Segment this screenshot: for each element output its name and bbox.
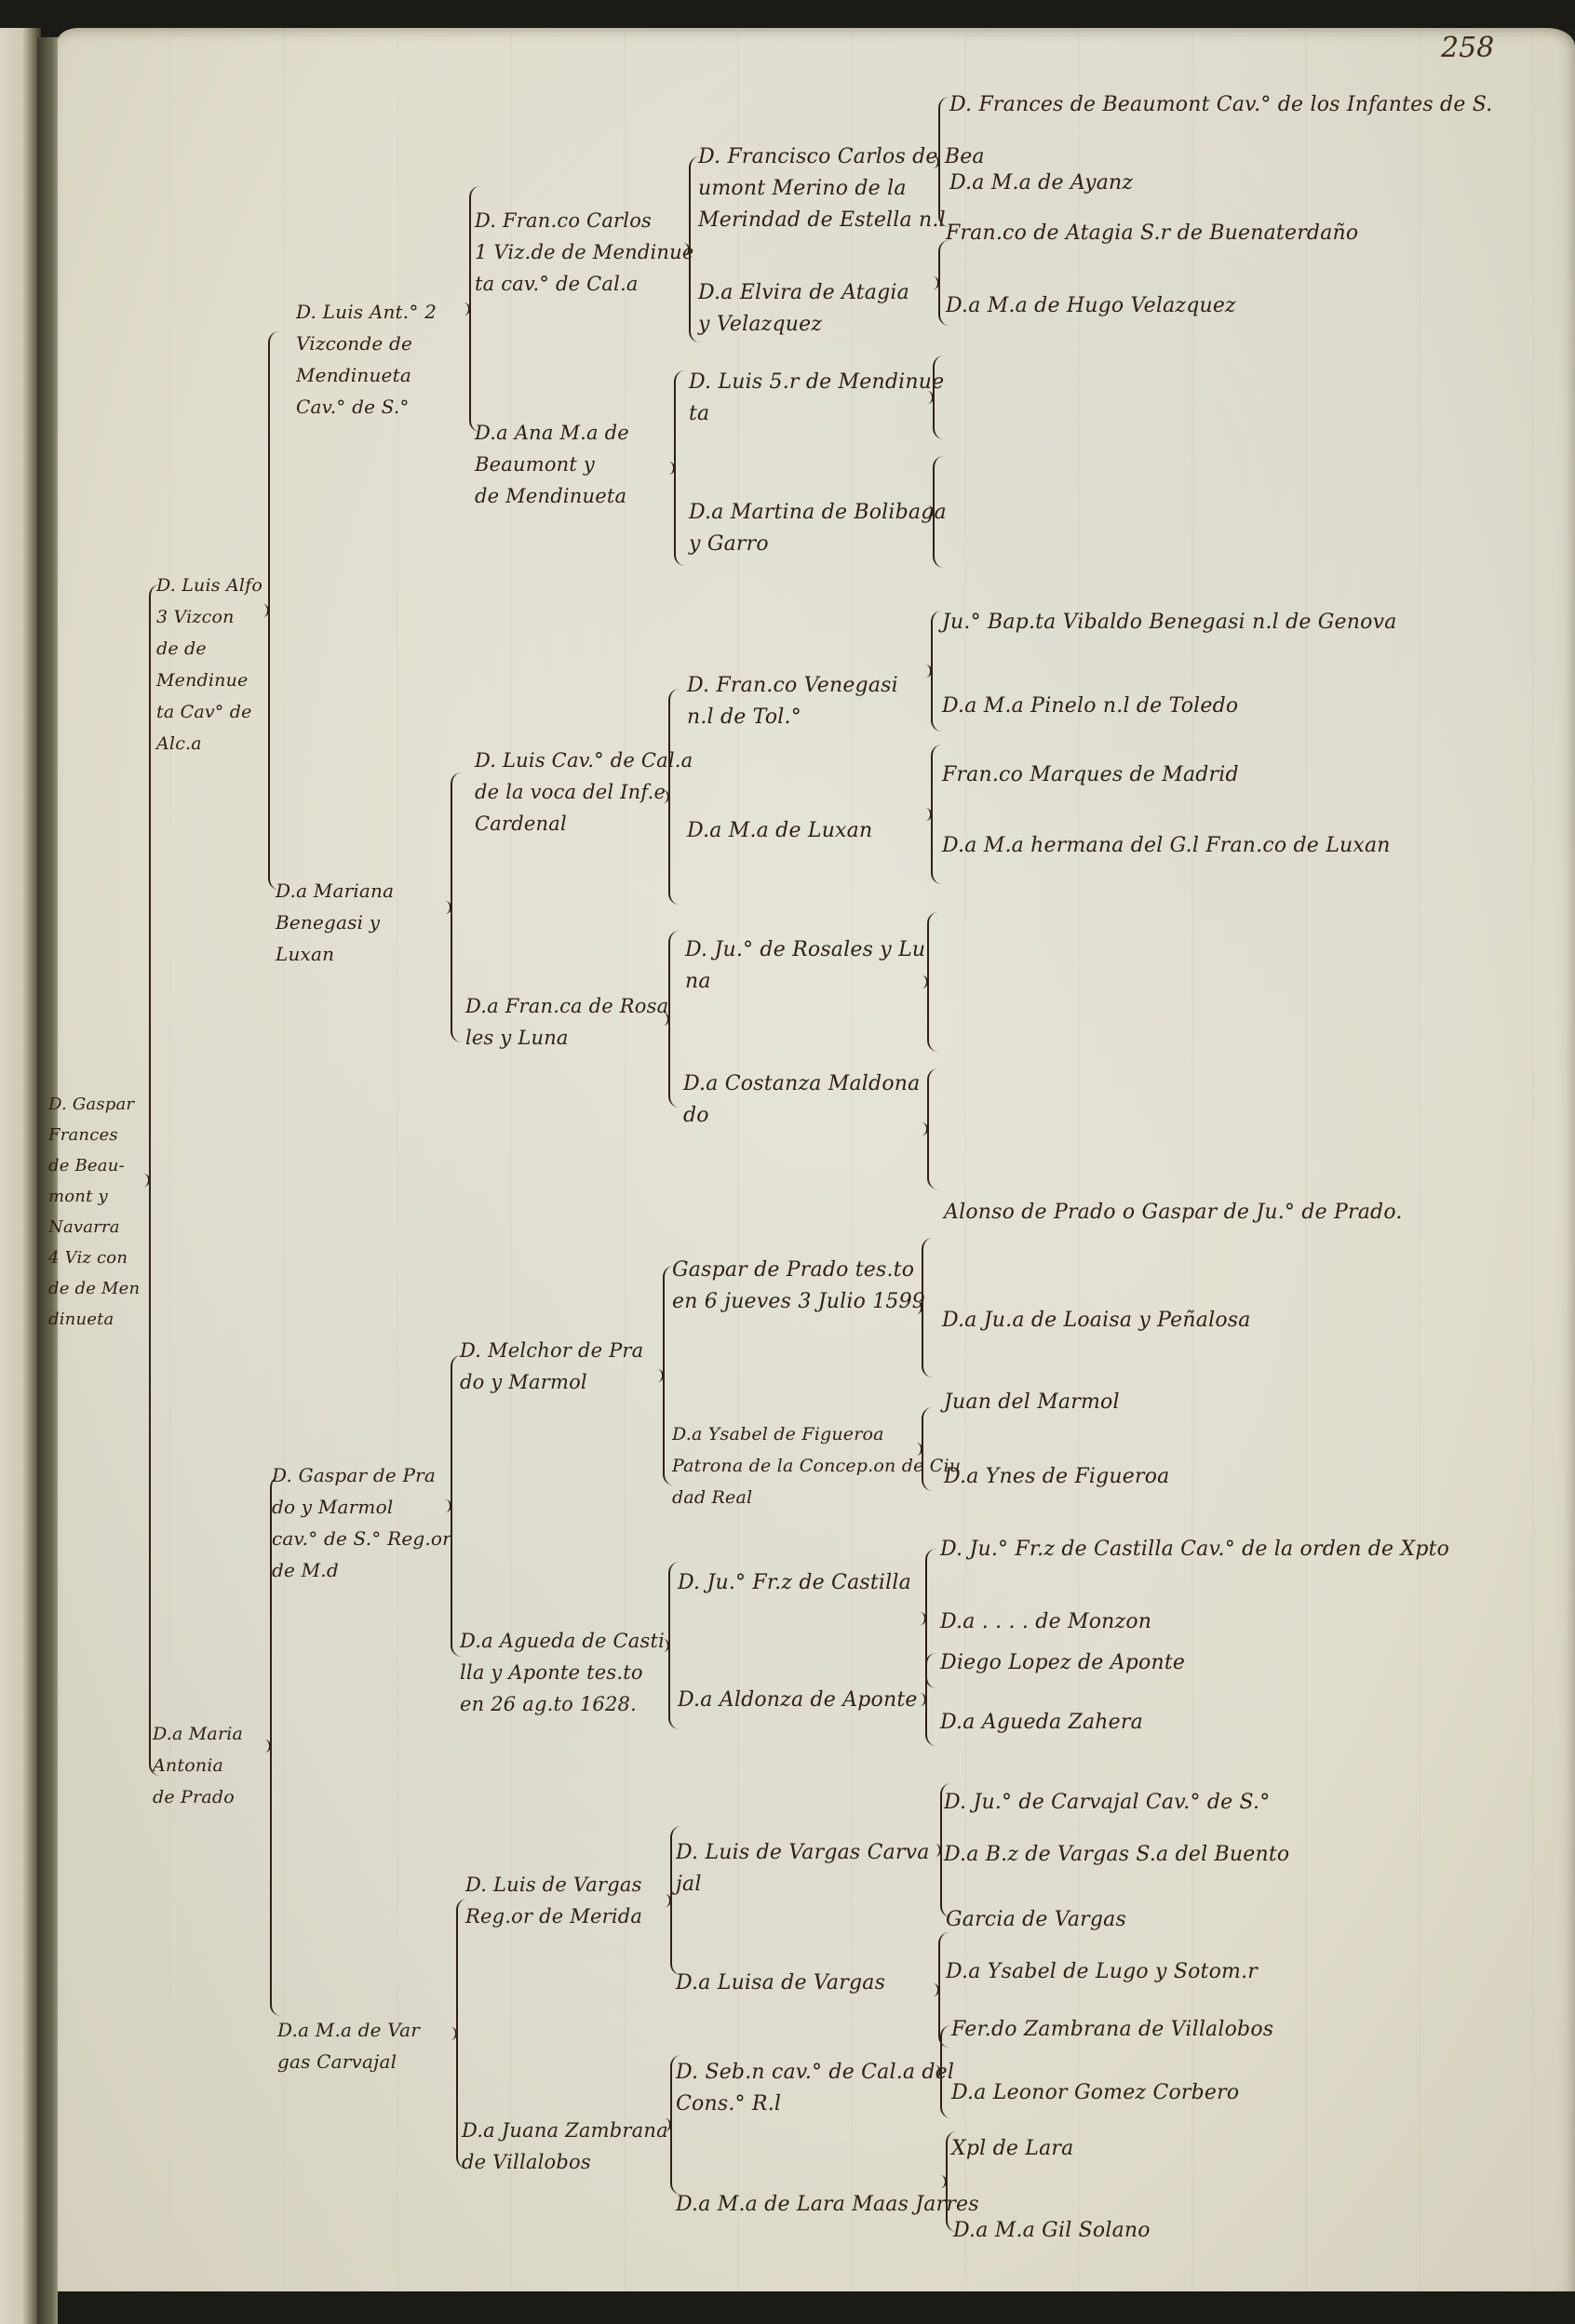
gen5-node: D.a Martina de Bolibaga y Garro <box>689 497 947 560</box>
g-bracket <box>933 456 944 568</box>
gen6-node: D.a Ju.a de Loaisa y Peñalosa <box>942 1305 1251 1337</box>
father-bracket <box>268 331 279 890</box>
gen5-node: D. Ju.° de Rosales y Lu na <box>685 934 925 998</box>
gen5-node: D.a Ysabel de Figueroa Patrona de la Con… <box>672 1418 961 1513</box>
gen6-node: D.a Agueda Zahera <box>940 1707 1143 1739</box>
gen6-node: Ju.° Bap.ta Vibaldo Benegasi n.l de Geno… <box>942 607 1397 638</box>
gen6-node: D.a M.a Gil Solano <box>953 2215 1151 2247</box>
paternal-grandfather: D. Luis Ant.° 2 Vizconde de Mendinueta C… <box>296 296 437 423</box>
root-person: D. Gaspar Frances de Beau- mont y Navarr… <box>48 1089 140 1335</box>
gen6-node: D.a M.a de Ayanz <box>949 168 1133 199</box>
gen6-node: D. Ju.° Fr.z de Castilla Cav.° de la ord… <box>940 1534 1449 1565</box>
gen4-francisco-carlos: D. Fran.co Carlos 1 Viz.de de Mendinue t… <box>475 205 693 300</box>
gen6-node: D.a . . . . de Monzon <box>940 1606 1151 1638</box>
mother-node: D.a Maria Antonia de Prado <box>153 1718 243 1813</box>
gen5-node: D.a M.a de Luxan <box>687 815 872 847</box>
pgm-bracket <box>451 772 462 1042</box>
g-bracket <box>931 745 942 884</box>
father-node: D. Luis Alfo 3 Vizcon de de Mendinue ta … <box>156 570 262 759</box>
n4-bracket <box>668 931 680 1108</box>
g-bracket <box>940 2025 951 2118</box>
gen6-node: Fran.co Marques de Madrid <box>942 759 1239 791</box>
page-bottom-shadow <box>58 2291 1575 2324</box>
gen6-node: D. Ju.° de Carvajal Cav.° de S.° <box>944 1787 1270 1819</box>
g-bracket <box>922 1238 933 1377</box>
gen6-node: D.a M.a Pinelo n.l de Toledo <box>942 691 1238 722</box>
gen5-node: D. Fran.co Venegasi n.l de Tol.° <box>687 670 898 733</box>
gen4-melchor-prado: D. Melchor de Pra do y Marmol <box>460 1335 643 1398</box>
gen5-node: D. Ju.° Fr.z de Castilla <box>678 1567 911 1599</box>
g-bracket <box>931 611 942 732</box>
gen5-node: D.a Elvira de Atagia y Velazquez <box>698 277 909 341</box>
gen5-node: D.a Luisa de Vargas <box>676 1968 885 1999</box>
maternal-grandfather: D. Gaspar de Pra do y Marmol cav.° de S.… <box>272 1459 451 1586</box>
g-bracket <box>927 1068 938 1189</box>
gen5-node: D. Luis de Vargas Carva jal <box>676 1837 930 1901</box>
g-bracket <box>922 1407 933 1491</box>
g-bracket <box>933 356 944 439</box>
gen6-node: D.a Leonor Gomez Corbero <box>951 2077 1239 2109</box>
gen6-node: D.a Ynes de Figueroa <box>944 1461 1170 1493</box>
maternal-grandmother: D.a M.a de Var gas Carvajal <box>277 2014 420 2077</box>
gen6-node: Juan del Marmol <box>944 1387 1120 1418</box>
paternal-grandmother: D.a Mariana Benegasi y Luxan <box>276 875 394 970</box>
facing-page-edge <box>0 28 41 2324</box>
n2-bracket <box>674 370 685 566</box>
gen6-node: D.a M.a hermana del G.l Fran.co de Luxan <box>942 830 1391 862</box>
gen6-node: Xpl de Lara <box>951 2133 1073 2165</box>
gen4-agueda-castilla: D.a Agueda de Casti lla y Aponte tes.to … <box>460 1625 665 1720</box>
gen5-node: D. Seb.n cav.° de Cal.a del Cons.° R.l <box>676 2057 954 2120</box>
root-bracket <box>149 584 160 1776</box>
gen5-node: D.a Aldonza de Aponte <box>678 1685 918 1716</box>
n3-bracket <box>668 689 680 905</box>
gen5-node: Gaspar de Prado tes.to en 6 jueves 3 Jul… <box>672 1255 925 1318</box>
gen5-node: D.a Costanza Maldona do <box>683 1068 920 1132</box>
gen4-ana-maria: D.a Ana M.a de Beaumont y de Mendinueta <box>475 417 629 512</box>
gen6-node: Fer.do Zambrana de Villalobos <box>951 2014 1273 2046</box>
folio-number: 258 <box>1441 32 1494 64</box>
gen6-node: D.a B.z de Vargas S.a del Buento <box>944 1839 1289 1871</box>
gen4-juana-zambrana: D.a Juana Zambrana de Villalobos <box>462 2115 668 2178</box>
g-bracket <box>925 1653 936 1746</box>
g-bracket <box>927 912 938 1052</box>
gen6-node: Garcia de Vargas <box>946 1904 1126 1936</box>
gen4-francisca-rosales: D.a Fran.ca de Rosa les y Luna <box>465 990 668 1054</box>
gen6-node: Fran.co de Atagia S.r de Buenaterdaño <box>946 218 1358 249</box>
gen5-node: D. Luis 5.r de Mendinue ta <box>689 367 944 430</box>
gen4-luis-vargas: D. Luis de Vargas Reg.or de Merida <box>465 1869 642 1932</box>
gen5-node: D.a M.a de Lara Maas Jarres <box>676 2189 979 2221</box>
gen6-node: Diego Lopez de Aponte <box>940 1647 1185 1679</box>
gen6-node: Alonso de Prado o Gaspar de Ju.° de Prad… <box>944 1197 1403 1229</box>
gen6-node: D.a Ysabel de Lugo y Sotom.r <box>946 1956 1258 1988</box>
mgf-bracket <box>451 1355 462 1657</box>
g-bracket <box>938 97 949 227</box>
gen6-node: D. Frances de Beaumont Cav.° de los Infa… <box>949 89 1492 121</box>
gen6-node: D.a M.a de Hugo Velazquez <box>946 290 1236 322</box>
